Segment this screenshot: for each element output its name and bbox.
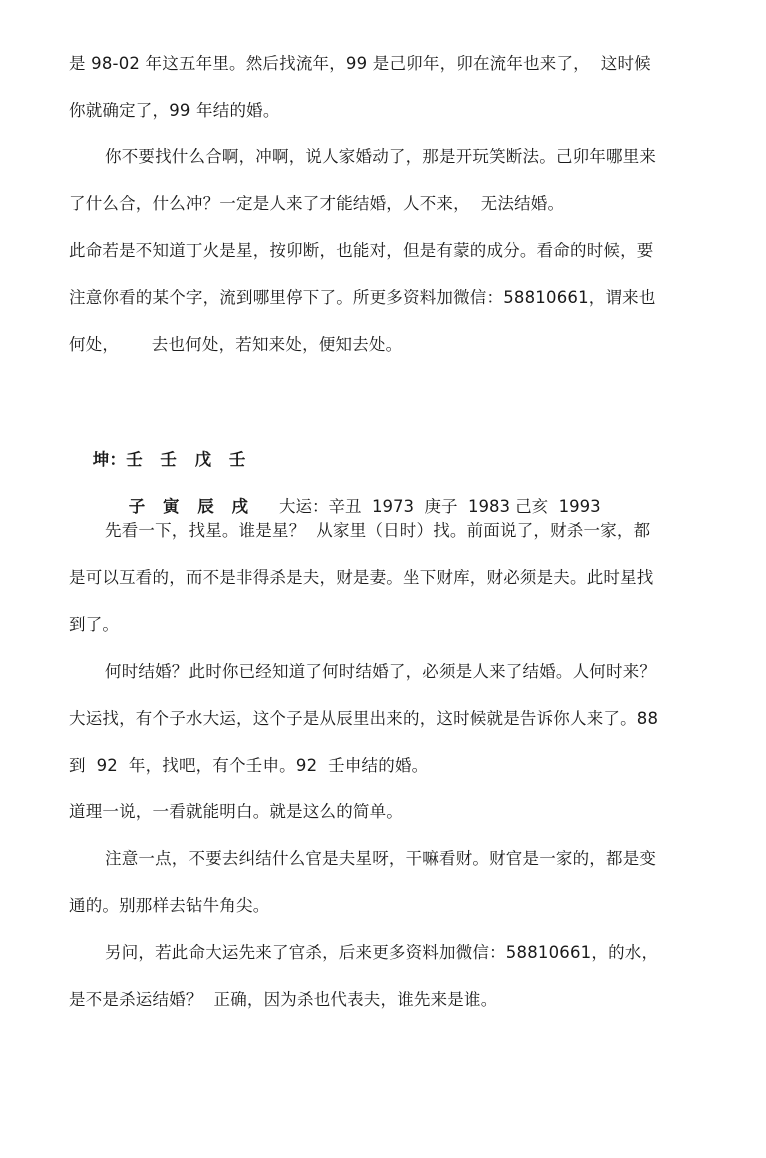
- earthly-branches: 子 寅 辰 戌: [129, 497, 254, 516]
- paragraph-line: 注意一点，不要去纠结什么官是夫星呀，干嘛看财。财官是一家的，都是变: [105, 848, 656, 870]
- document-page: 是 98-02 年这五年里。然后找流年，99 是己卯年，卯在流年也来了， 这时候…: [0, 0, 766, 1158]
- paragraph-line: 先看一下，找星。谁是星？ 从家里（日时）找。前面说了，财杀一家，都: [105, 520, 650, 542]
- paragraph-line: 道理一说，一看就能明白。就是这么的简单。: [69, 801, 403, 823]
- paragraph-line: 是 98-02 年这五年里。然后找流年，99 是己卯年，卯在流年也来了， 这时候: [69, 53, 651, 75]
- paragraph-line: 你就确定了，99 年结的婚。: [69, 100, 280, 122]
- paragraph-line: 是不是杀运结婚？ 正确，因为杀也代表夫，谁先来是谁。: [69, 989, 497, 1011]
- paragraph-line: 大运找，有个子水大运，这个子是从辰里出来的，这时候就是告诉你人来了。88: [69, 708, 658, 730]
- paragraph-line: 了什么合，什么冲？一定是人来了才能结婚，人不来， 无法结婚。: [69, 193, 564, 215]
- chart-label: 坤：: [93, 450, 126, 469]
- paragraph-line: 是可以互看的，而不是非得杀是夫，财是妻。坐下财库，财必须是夫。此时星找: [69, 567, 654, 589]
- paragraph-line: 另问，若此命大运先来了官杀，后来更多资料加微信：58810661，的水，: [105, 942, 658, 964]
- dayun-values: 辛丑 1973 庚子 1983 己亥 1993: [328, 497, 600, 516]
- dayun-label: 大运：: [279, 497, 329, 516]
- paragraph-line: 到 92 年，找吧，有个壬申。92 壬申结的婚。: [69, 755, 428, 777]
- paragraph-line: 到了。: [69, 614, 119, 636]
- paragraph-line: 何时结婚？此时你已经知道了何时结婚了，必须是人来了结婚。人何时来？: [105, 661, 656, 683]
- paragraph-line: 通的。别那样去钻牛角尖。: [69, 895, 269, 917]
- paragraph-line: 你不要找什么合啊，冲啊，说人家婚动了，那是开玩笑断法。己卯年哪里来: [105, 146, 656, 168]
- heavenly-stems: 壬 壬 戊 壬: [126, 450, 251, 469]
- paragraph-line: 此命若是不知道丁火是星，按卯断，也能对，但是有蒙的成分。看命的时候，要: [69, 240, 654, 262]
- paragraph-line: 何处， 去也何处，若知来处，便知去处。: [69, 334, 402, 356]
- paragraph-line: 注意你看的某个字，流到哪里停下了。所更多资料加微信：58810661，谓来也: [69, 287, 656, 309]
